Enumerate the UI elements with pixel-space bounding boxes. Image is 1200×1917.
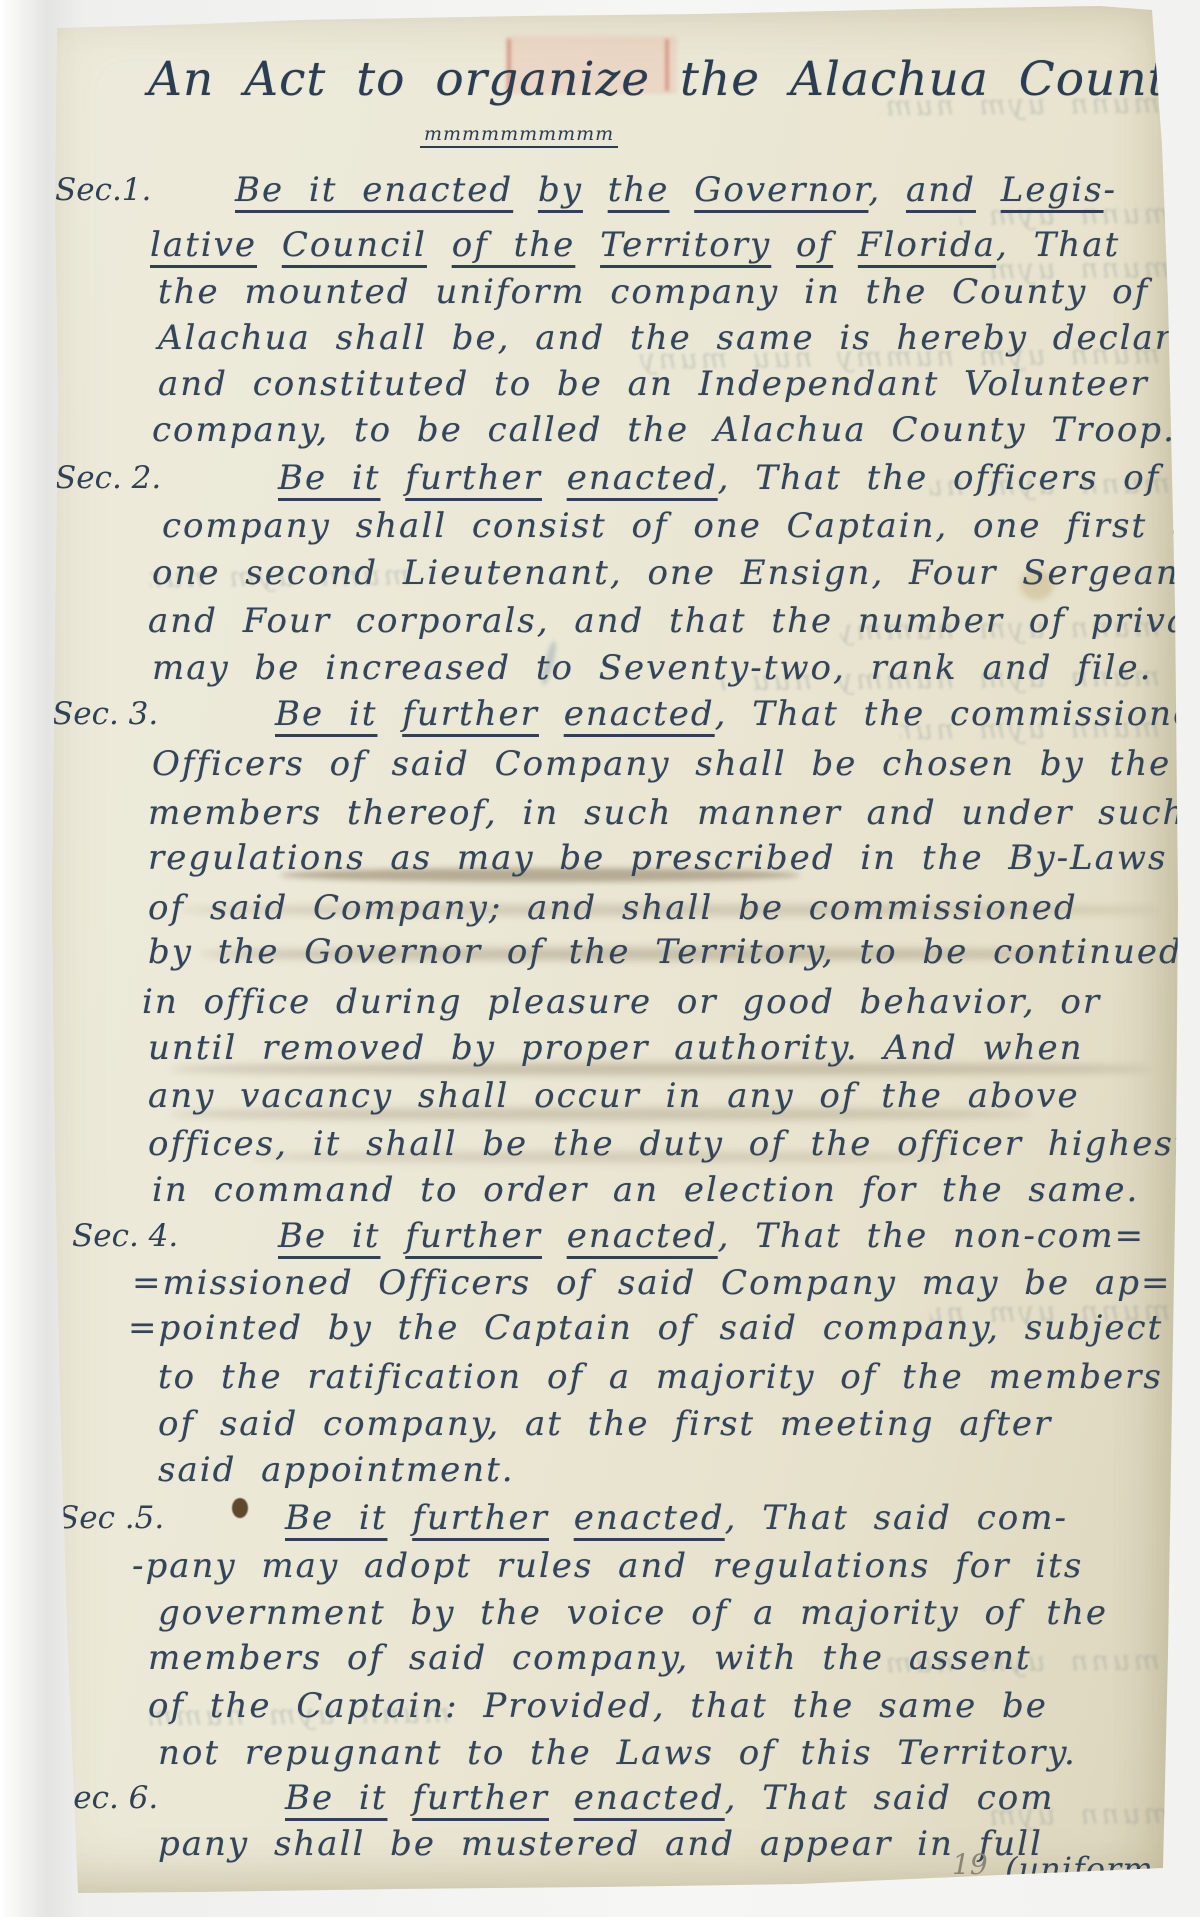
- text-line: the mounted uniform company in the Count…: [0, 272, 1200, 316]
- text-line: government by the voice of a majority of…: [0, 1593, 1200, 1637]
- line-text: in office during pleasure or good behavi…: [142, 982, 1101, 1022]
- document-title: An Act to organize the Alachua County Tr…: [148, 52, 1200, 107]
- text-line: company shall consist of one Captain, on…: [0, 506, 1200, 550]
- line-text: pany shall be mustered and appear in ful…: [158, 1824, 1043, 1864]
- line-text: Be it enacted by the Governor, and Legis…: [235, 170, 1117, 210]
- text-line: Alachua shall be, and the same is hereby…: [0, 318, 1200, 362]
- handwritten-text-layer: munn uym nummy nuu muny nmu unym munn uy…: [0, 0, 1200, 1917]
- line-text: Be it further enacted, That said com-: [285, 1498, 1068, 1538]
- text-line: and constituted to be an Independant Vol…: [0, 364, 1200, 408]
- line-text: of said company, at the first meeting af…: [158, 1404, 1052, 1444]
- text-line: of the Captain: Provided, that the same …: [0, 1686, 1200, 1730]
- line-text: Be it further enacted, That the commissi…: [275, 694, 1200, 734]
- document-page: munn uym nummy nuu muny nmu unym munn uy…: [40, 5, 1180, 1895]
- text-line: Sec. 2.Be it further enacted, That the o…: [0, 458, 1200, 502]
- text-line: =missioned Officers of said Company may …: [0, 1263, 1200, 1307]
- line-text: Be it further enacted, That the officers…: [278, 458, 1200, 498]
- line-text: Be it further enacted, That said com: [285, 1778, 1055, 1818]
- line-text: said appointment.: [158, 1450, 515, 1490]
- section-label: Sec. 4.: [72, 1218, 178, 1254]
- line-text: by the Governor of the Territory, to be …: [148, 932, 1183, 972]
- text-line: said appointment.: [0, 1450, 1200, 1494]
- text-line: of said company, at the first meeting af…: [0, 1404, 1200, 1448]
- line-text: until removed by proper authority. And w…: [148, 1028, 1084, 1068]
- text-line: to the ratification of a majority of the…: [0, 1357, 1200, 1401]
- text-line: company, to be called the Alachua County…: [0, 410, 1200, 454]
- text-line: and Four corporals, and that the number …: [0, 601, 1200, 645]
- line-text: -pany may adopt rules and regulations fo…: [132, 1546, 1083, 1586]
- line-text: members of said company, with the assent: [148, 1638, 1032, 1678]
- text-line: may be increased to Seventy-two, rank an…: [0, 648, 1200, 692]
- line-text: and constituted to be an Independant Vol…: [158, 364, 1149, 404]
- section-label: Sec. 6.: [52, 1780, 158, 1816]
- text-line: Officers of said Company shall be chosen…: [0, 744, 1200, 788]
- line-text: Alachua shall be, and the same is hereby…: [158, 318, 1200, 358]
- text-line: Sec. 6.Be it further enacted, That said …: [0, 1778, 1200, 1822]
- section-label: Sec. 2.: [55, 460, 161, 496]
- pencil-page-number: 19: [952, 1848, 988, 1881]
- text-line: members thereof, in such manner and unde…: [0, 793, 1200, 837]
- text-line: regulations as may be prescribed in the …: [0, 838, 1200, 882]
- line-text: to the ratification of a majority of the…: [158, 1357, 1163, 1397]
- line-text: any vacancy shall occur in any of the ab…: [148, 1076, 1080, 1116]
- text-line: Sec. 4.Be it further enacted, That the n…: [0, 1216, 1200, 1260]
- text-line: offices, it shall be the duty of the off…: [0, 1124, 1200, 1168]
- document-scan-background: munn uym nummy nuu muny nmu unym munn uy…: [0, 0, 1200, 1917]
- line-text: of the Captain: Provided, that the same …: [148, 1686, 1048, 1726]
- line-text: Be it further enacted, That the non-com=: [278, 1216, 1145, 1256]
- section-label: Sec. 3.: [52, 696, 158, 732]
- text-line: =pointed by the Captain of said company,…: [0, 1308, 1200, 1352]
- text-line: in command to order an election for the …: [0, 1170, 1200, 1214]
- line-text: one second Lieutenant, one Ensign, Four …: [152, 553, 1200, 593]
- text-line: Sec .5.Be it further enacted, That said …: [0, 1498, 1200, 1542]
- line-text: Officers of said Company shall be chosen…: [152, 744, 1171, 784]
- line-text: in command to order an election for the …: [152, 1170, 1139, 1210]
- text-line: until removed by proper authority. And w…: [0, 1028, 1200, 1072]
- line-text: the mounted uniform company in the Count…: [158, 272, 1149, 312]
- line-text: =missioned Officers of said Company may …: [132, 1263, 1171, 1303]
- text-line: members of said company, with the assent: [0, 1638, 1200, 1682]
- text-line: not repugnant to the Laws of this Territ…: [0, 1733, 1200, 1777]
- line-text: government by the voice of a majority of…: [158, 1593, 1108, 1633]
- text-line: lative Council of the Territory of Flori…: [0, 225, 1200, 269]
- line-text: company, to be called the Alachua County…: [152, 410, 1176, 450]
- text-line: of said Company; and shall be commission…: [0, 888, 1200, 932]
- line-text: of said Company; and shall be commission…: [148, 888, 1078, 928]
- text-line: in office during pleasure or good behavi…: [0, 982, 1200, 1026]
- line-text: not repugnant to the Laws of this Territ…: [158, 1733, 1077, 1773]
- line-text: lative Council of the Territory of Flori…: [150, 225, 1120, 265]
- text-line: by the Governor of the Territory, to be …: [0, 932, 1200, 976]
- line-text: may be increased to Seventy-two, rank an…: [152, 648, 1152, 688]
- title-flourish: mmmmmmmmmm: [420, 124, 618, 148]
- catchword: (uniform: [1005, 1850, 1154, 1888]
- line-text: and Four corporals, and that the number …: [148, 601, 1200, 641]
- text-line: one second Lieutenant, one Ensign, Four …: [0, 553, 1200, 597]
- text-line: any vacancy shall occur in any of the ab…: [0, 1076, 1200, 1120]
- line-text: members thereof, in such manner and unde…: [148, 793, 1186, 833]
- line-text: regulations as may be prescribed in the …: [148, 838, 1167, 878]
- line-text: company shall consist of one Captain, on…: [162, 506, 1200, 546]
- section-label: Sec .5.: [58, 1500, 164, 1536]
- line-text: offices, it shall be the duty of the off…: [148, 1124, 1190, 1164]
- text-line: Sec.1.Be it enacted by the Governor, and…: [0, 170, 1200, 214]
- line-text: =pointed by the Captain of said company,…: [128, 1308, 1163, 1348]
- text-line: Sec. 3.Be it further enacted, That the c…: [0, 694, 1200, 738]
- text-line: -pany may adopt rules and regulations fo…: [0, 1546, 1200, 1590]
- section-label: Sec.1.: [55, 172, 151, 208]
